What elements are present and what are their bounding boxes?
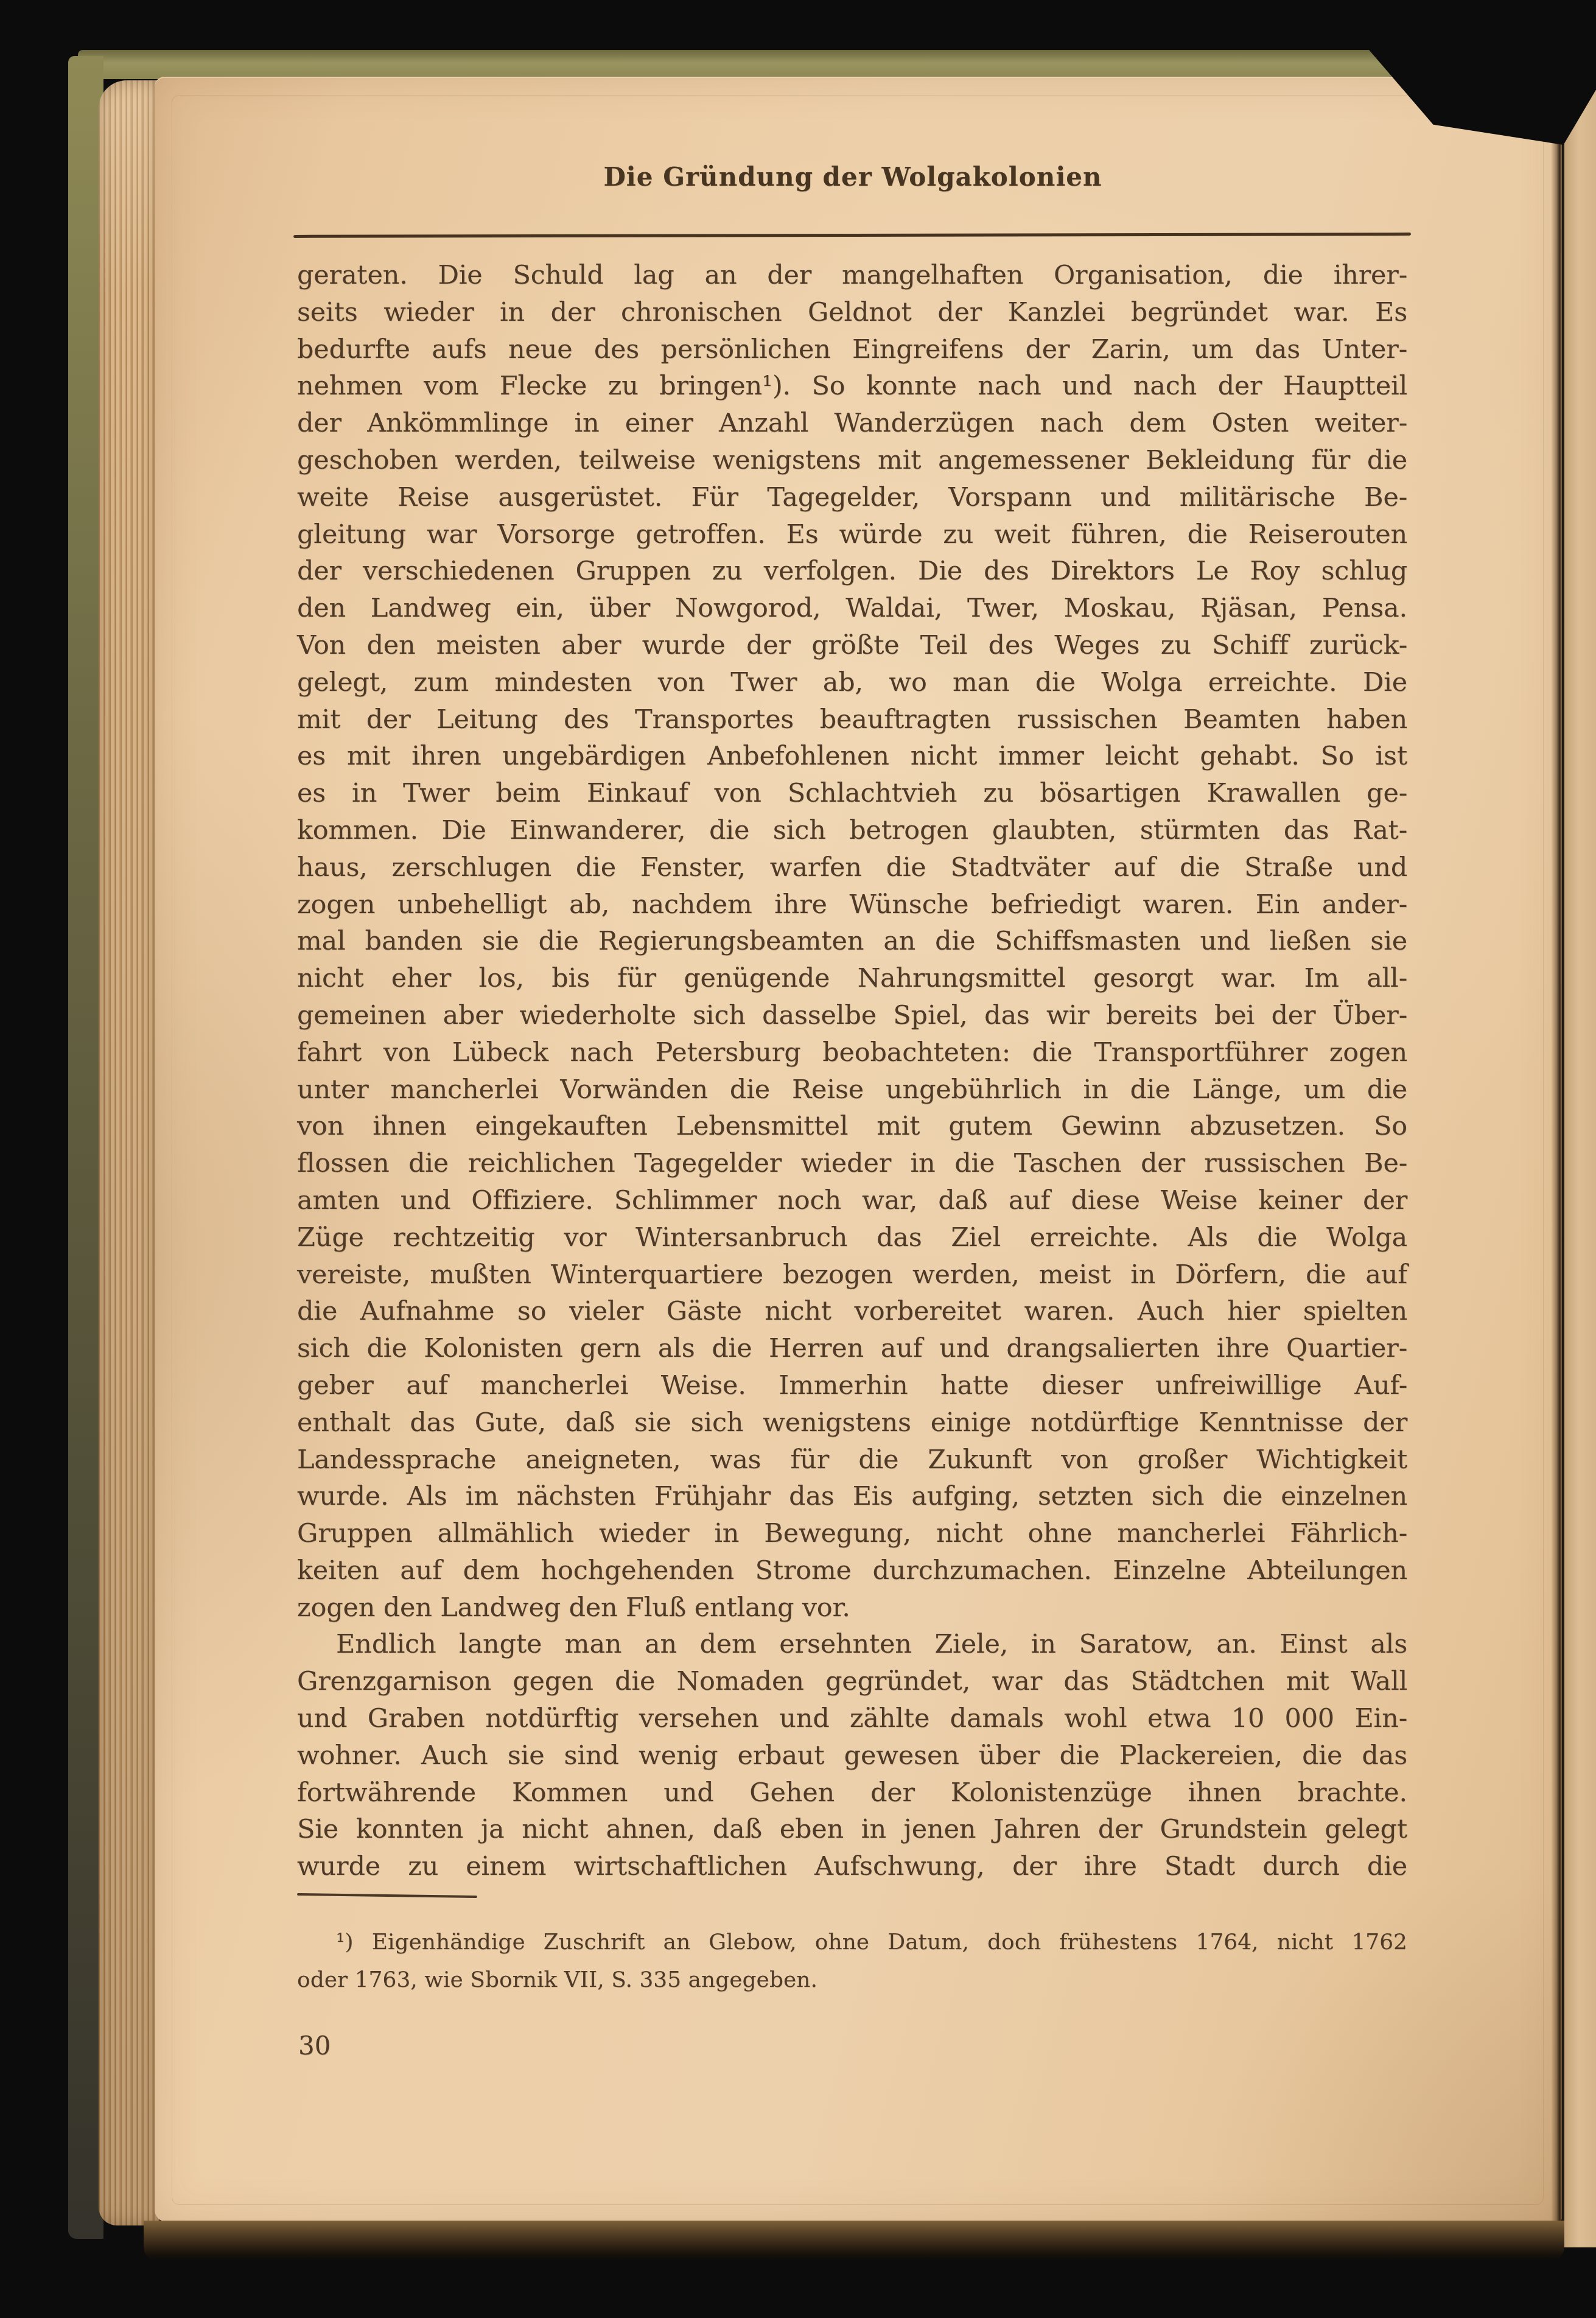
body-text-line: kommen. Die Einwanderer, die sich betrog… [297,812,1407,849]
body-text-line: fahrt von Lübeck nach Petersburg beobach… [297,1034,1407,1071]
body-text-line: die Aufnahme so vieler Gäste nicht vorbe… [297,1293,1407,1330]
body-text-line: keiten auf dem hochgehenden Strome durch… [297,1552,1407,1589]
body-text-line: bedurfte aufs neue des persönlichen Eing… [297,331,1407,368]
body-text-line: Landessprache aneigneten, was für die Zu… [297,1441,1407,1479]
body-text-line: amten und Offiziere. Schlimmer noch war,… [297,1182,1407,1219]
body-text-line: zogen unbehelligt ab, nachdem ihre Wünsc… [297,886,1407,923]
footnote-line: ¹) Eigenhändige Zuschrift an Glebow, ohn… [297,1924,1407,1961]
body-text-line: geraten. Die Schuld lag an der mangelhaf… [297,257,1407,294]
adjacent-page-edge [1564,80,1596,2247]
body-text-line: zogen den Landweg den Fluß entlang vor. [297,1589,1407,1626]
body-text-line: und Graben notdürftig versehen und zählt… [297,1700,1407,1737]
body-text: geraten. Die Schuld lag an der mangelhaf… [297,257,1407,1885]
body-text-line: wurde. Als im nächsten Frühjahr das Eis … [297,1478,1407,1515]
book-bottom-edge-shadow [144,2221,1564,2261]
body-text-line: der verschiedenen Gruppen zu verfolgen. … [297,553,1407,590]
body-text-line: Sie konnten ja nicht ahnen, daß eben in … [297,1811,1407,1848]
body-text-line: flossen die reichlichen Tagegelder wiede… [297,1145,1407,1182]
body-text-line: Gruppen allmählich wieder in Bewegung, n… [297,1515,1407,1552]
page-edge-stack-left [99,80,159,2225]
body-text-line: unter mancherlei Vorwänden die Reise ung… [297,1071,1407,1108]
body-text-line: wohner. Auch sie sind wenig erbaut gewes… [297,1737,1407,1774]
body-text-line: fortwährende Kommen und Gehen der Koloni… [297,1774,1407,1812]
body-text-line: geber auf mancherlei Weise. Immerhin hat… [297,1367,1407,1404]
body-text-line: der Ankömmlinge in einer Anzahl Wanderzü… [297,405,1407,442]
body-text-line: haus, zerschlugen die Fenster, warfen di… [297,849,1407,886]
body-text-line: mit der Leitung des Transportes beauftra… [297,701,1407,738]
body-text-line: Von den meisten aber wurde der größte Te… [297,627,1407,664]
page-number: 30 [298,2031,331,2061]
body-text-line: enthalt das Gute, daß sie sich wenigsten… [297,1404,1407,1441]
running-header: Die Gründung der Wolgakolonien [298,162,1407,192]
body-text-line: geschoben werden, teilweise wenigstens m… [297,442,1407,479]
body-text-line: den Landweg ein, über Nowgorod, Waldai, … [297,590,1407,627]
footnote: ¹) Eigenhändige Zuschrift an Glebow, ohn… [297,1924,1407,1999]
book-cover-edge-top [78,50,1463,79]
body-text-line: es in Twer beim Einkauf von Schlachtvieh… [297,775,1407,812]
body-text-line: mal banden sie die Regierungsbeamten an … [297,923,1407,960]
footnote-line: oder 1763, wie Sbornik VII, S. 335 angeg… [297,1961,1407,1999]
body-text-line: seits wieder in der chronischen Geldnot … [297,294,1407,331]
photo-of-book-page: { "book_page": { "running_header": "Die … [0,0,1596,2318]
body-text-line: gemeinen aber wiederholte sich dasselbe … [297,997,1407,1034]
body-text-line: von ihnen eingekauften Lebensmittel mit … [297,1108,1407,1145]
body-text-line: gelegt, zum mindesten von Twer ab, wo ma… [297,664,1407,701]
body-text-line: vereiste, mußten Winterquartiere bezogen… [297,1256,1407,1294]
body-text-line: gleitung war Vorsorge getroffen. Es würd… [297,516,1407,553]
body-text-line: nicht eher los, bis für genügende Nahrun… [297,960,1407,997]
body-text-line: sich die Kolonisten gern als die Herren … [297,1330,1407,1367]
body-text-line: es mit ihren ungebärdigen Anbefohlenen n… [297,738,1407,775]
body-text-line: Züge rechtzeitig vor Wintersanbruch das … [297,1219,1407,1256]
body-text-line: weite Reise ausgerüstet. Für Tagegelder,… [297,479,1407,516]
body-text-line: wurde zu einem wirtschaftlichen Aufschwu… [297,1848,1407,1885]
body-text-line: Endlich langte man an dem ersehnten Ziel… [297,1626,1407,1663]
body-text-line: Grenzgarnison gegen die Nomaden gegründe… [297,1663,1407,1700]
body-text-line: nehmen vom Flecke zu bringen¹). So konnt… [297,368,1407,405]
